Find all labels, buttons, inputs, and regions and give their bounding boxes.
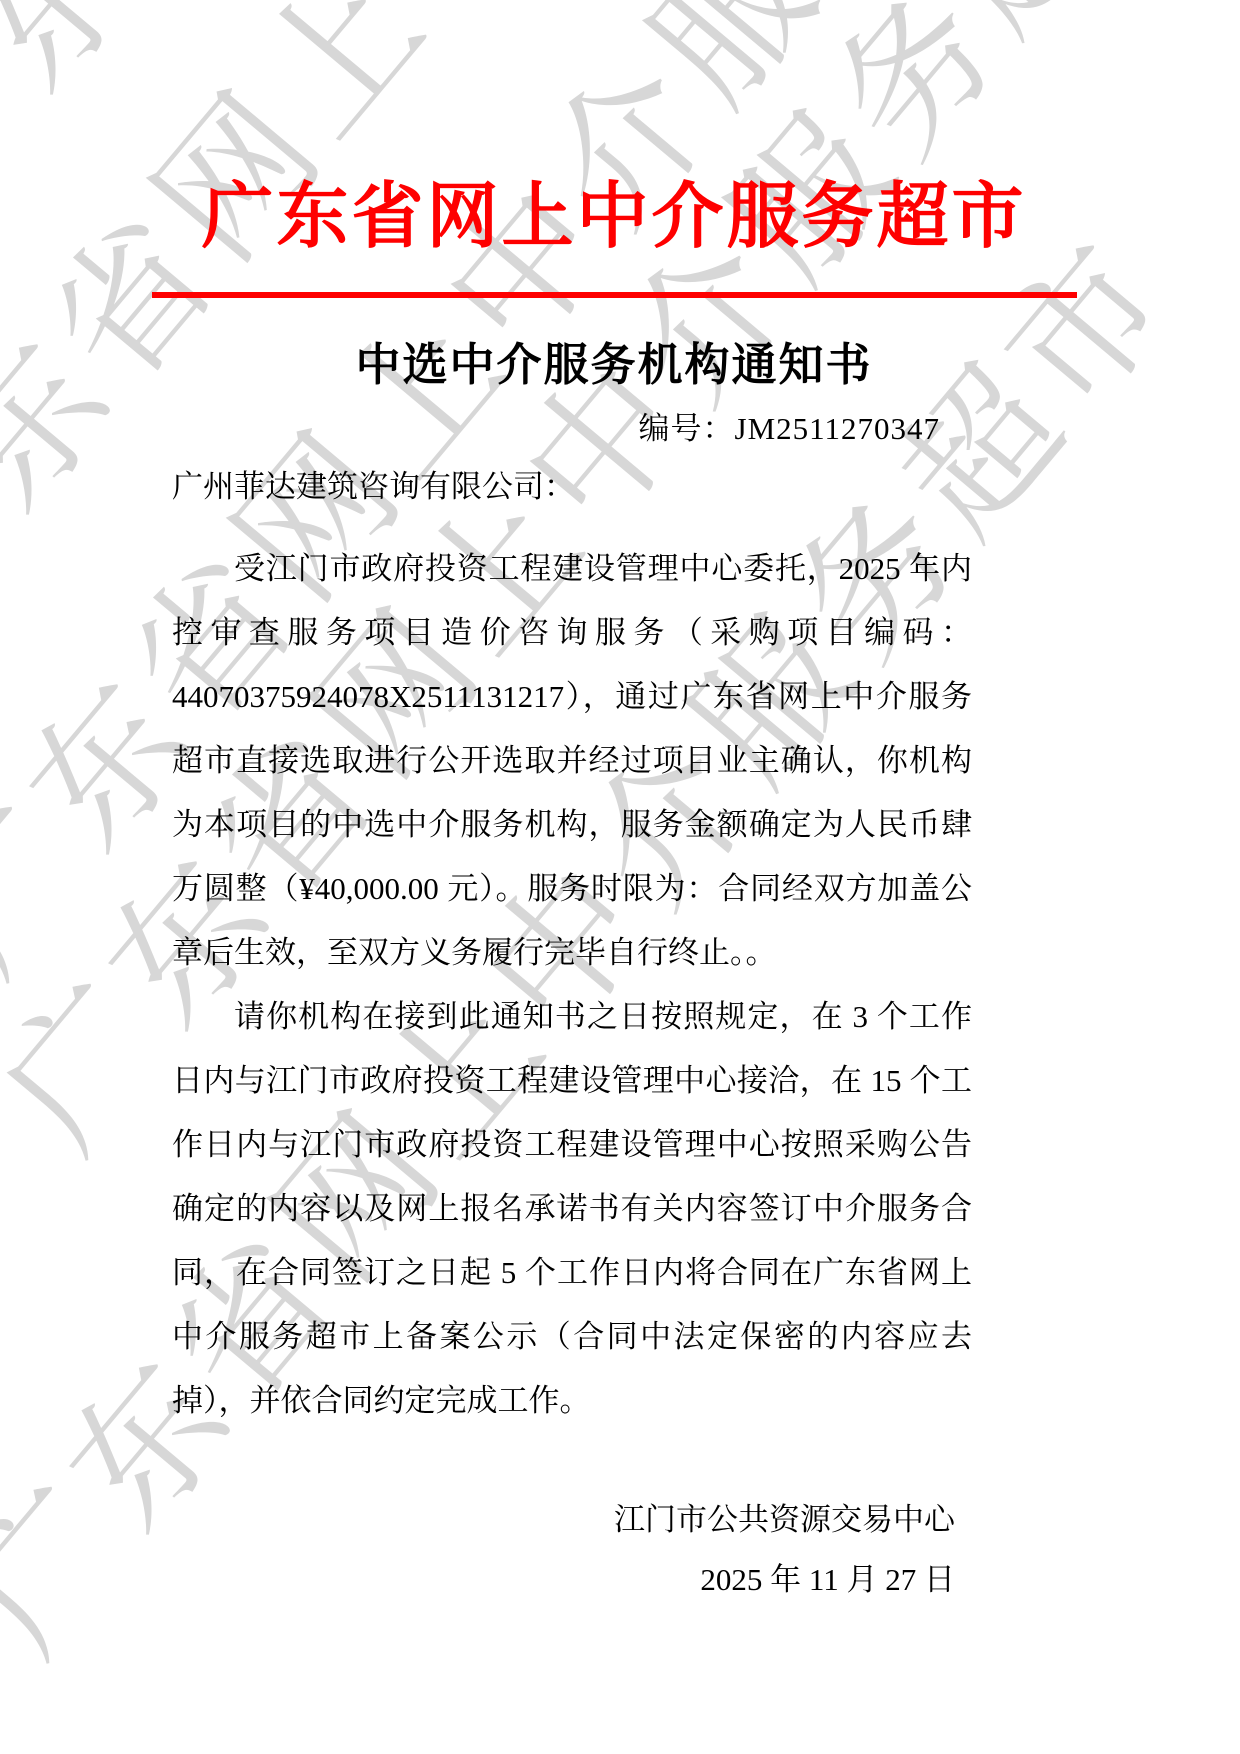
site-title: 广东省网上中介服务超市 (150, 158, 1078, 262)
letter-body: 广州菲达建筑咨询有限公司： 受江门市政府投资工程建设管理中心委托，2025 年内… (172, 455, 972, 1433)
body-paragraph-2: 请你机构在接到此通知书之日按照规定，在 3 个工作日内与江门市政府投资工程建设管… (172, 985, 972, 1433)
document-number-line: 编号：JM2511270347 (150, 403, 940, 448)
body-paragraph-1: 受江门市政府投资工程建设管理中心委托，2025 年内控审查服务项目造价咨询服务（… (172, 537, 972, 985)
recipient-line: 广州菲达建筑咨询有限公司： (172, 455, 972, 519)
signature-date: 2025 年 11 月 27 日 (150, 1550, 955, 1610)
document-page: 广东省网上中介服务超市 广东省网上中介服务超市 广东省网上中介服务超市 广东省网… (0, 0, 1240, 1754)
red-divider-rule (152, 292, 1077, 298)
document-title: 中选中介服务机构通知书 (150, 328, 1078, 393)
signer-name: 江门市公共资源交易中心 (150, 1490, 955, 1550)
signature-block: 江门市公共资源交易中心 2025 年 11 月 27 日 (150, 1490, 955, 1610)
document-number-value: JM2511270347 (735, 411, 940, 446)
document-number-label: 编号： (639, 411, 735, 446)
